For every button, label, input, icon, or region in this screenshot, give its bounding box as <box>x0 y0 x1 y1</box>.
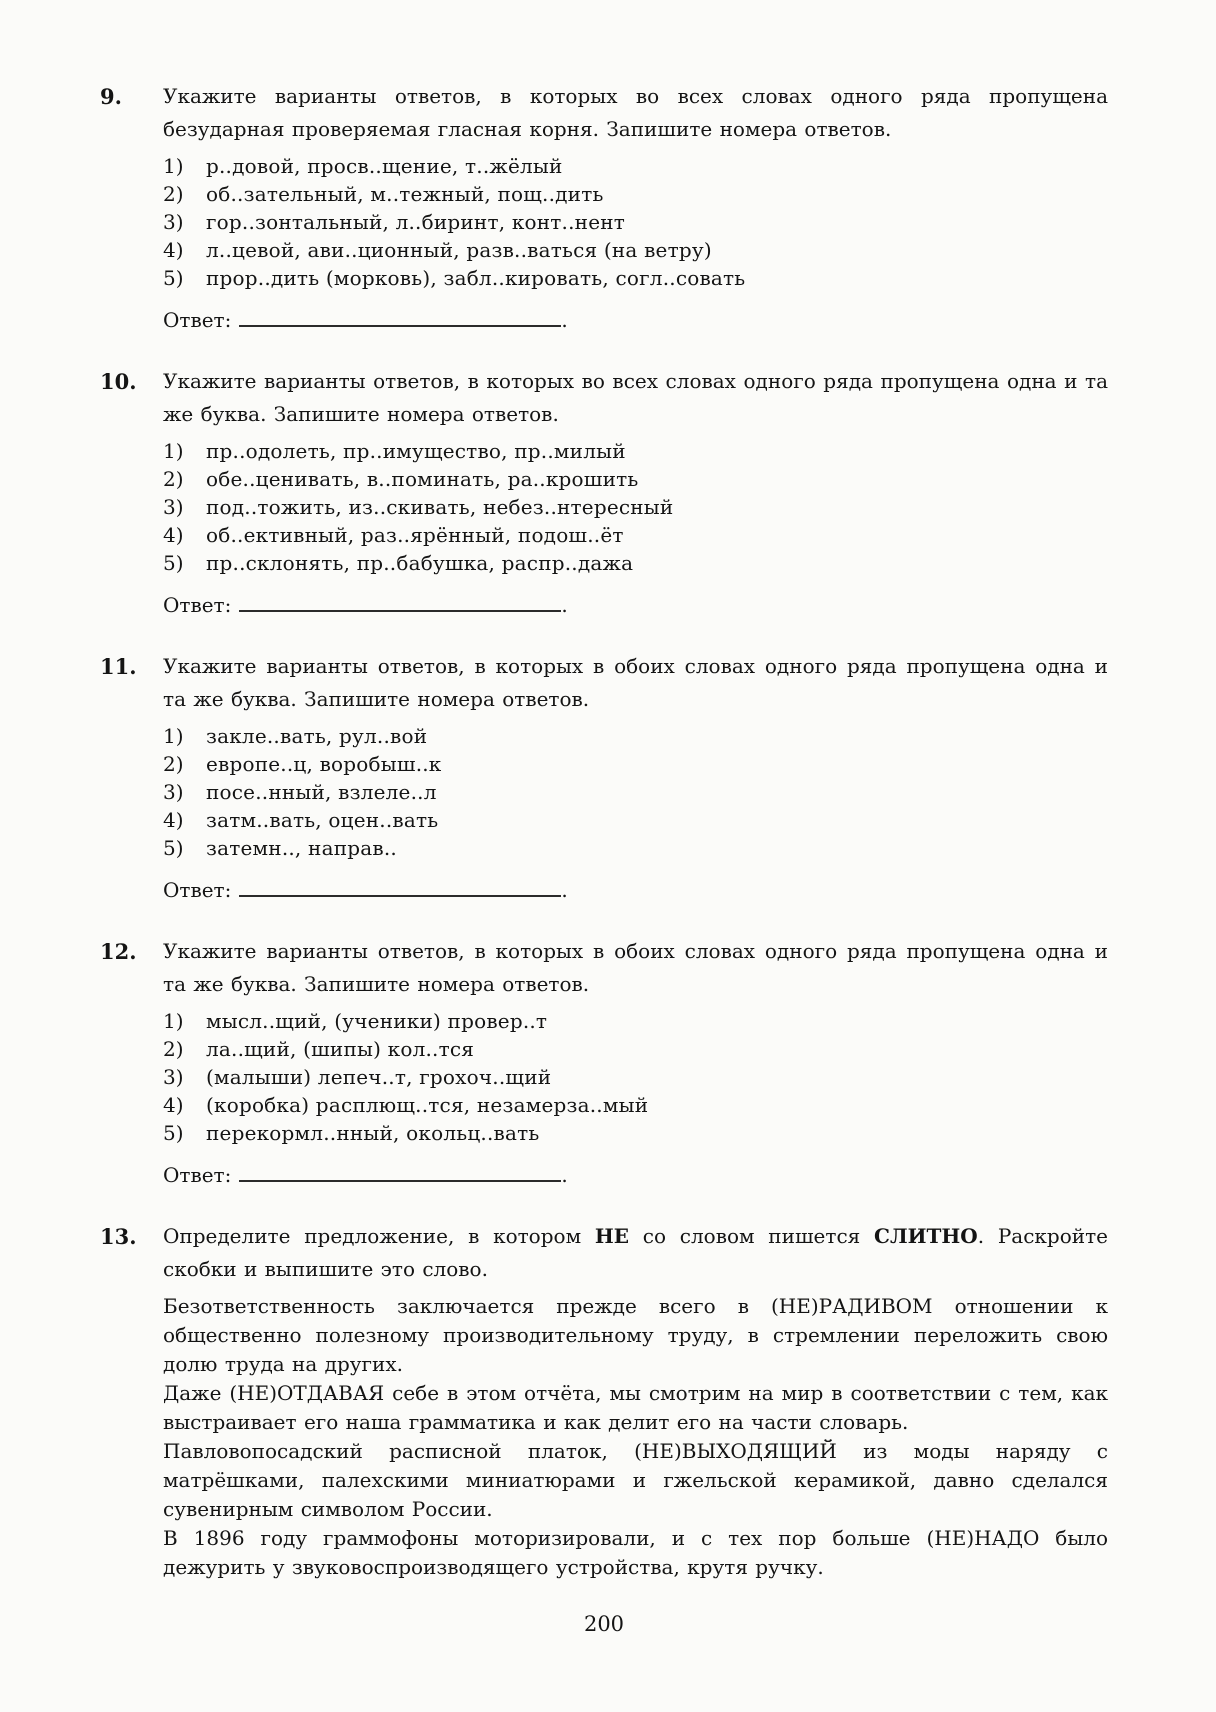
question-prompt: Укажите варианты ответов, в которых в об… <box>163 650 1108 716</box>
option-text: об..зательный, м..тежный, пощ..дить <box>206 180 1108 208</box>
option-text: обе..ценивать, в..поминать, ра..крошить <box>206 465 1108 493</box>
option-text: гор..зонтальный, л..биринт, конт..нент <box>206 208 1108 236</box>
sentence-options: Безответственность заключается прежде вс… <box>163 1292 1108 1582</box>
option-text: европе..ц, воробыш..к <box>206 750 1108 778</box>
option-item: 4) л..цевой, ави..ционный, разв..ваться … <box>163 236 1108 264</box>
option-item: 2) ла..щий, (шипы) кол..тся <box>163 1035 1108 1063</box>
option-number: 4) <box>163 806 206 834</box>
answer-line: Ответ:. <box>163 305 1108 335</box>
option-item: 1) пр..одолеть, пр..имущество, пр..милый <box>163 437 1108 465</box>
option-number: 3) <box>163 778 206 806</box>
option-number: 3) <box>163 493 206 521</box>
option-number: 4) <box>163 1091 206 1119</box>
question-number: 9. <box>100 80 163 335</box>
option-item: 2) об..зательный, м..тежный, пощ..дить <box>163 180 1108 208</box>
option-text: посе..нный, взлеле..л <box>206 778 1108 806</box>
answer-period: . <box>561 308 567 332</box>
sentence-option: Безответственность заключается прежде вс… <box>163 1292 1108 1379</box>
answer-blank <box>239 875 561 897</box>
options-list: 1) р..довой, просв..щение, т..жёлый 2) о… <box>163 152 1108 292</box>
option-text: закле..вать, рул..вой <box>206 722 1108 750</box>
option-text: пр..одолеть, пр..имущество, пр..милый <box>206 437 1108 465</box>
option-item: 5) перекормл..нный, окольц..вать <box>163 1119 1108 1147</box>
option-number: 5) <box>163 1119 206 1147</box>
question-number: 10. <box>100 365 163 620</box>
option-item: 4) (коробка) расплющ..тся, незамерза..мы… <box>163 1091 1108 1119</box>
sentence-option: В 1896 году граммофоны моторизировали, и… <box>163 1524 1108 1582</box>
question-prompt: Укажите варианты ответов, в которых во в… <box>163 80 1108 146</box>
options-list: 1) закле..вать, рул..вой 2) европе..ц, в… <box>163 722 1108 862</box>
question-13: 13. Определите предложение, в котором НЕ… <box>100 1220 1108 1582</box>
answer-label: Ответ: <box>163 593 231 617</box>
option-text: об..ективный, раз..ярённый, подош..ёт <box>206 521 1108 549</box>
question-prompt: Укажите варианты ответов, в которых во в… <box>163 365 1108 431</box>
sentence-option: Даже (НЕ)ОТДАВАЯ себе в этом отчёта, мы … <box>163 1379 1108 1437</box>
prompt-text: со словом пишется <box>629 1224 874 1248</box>
option-item: 4) об..ективный, раз..ярённый, подош..ёт <box>163 521 1108 549</box>
option-text: перекормл..нный, окольц..вать <box>206 1119 1108 1147</box>
sentence-text: В 1896 году граммофоны моторизировали, и… <box>163 1526 926 1550</box>
question-number: 11. <box>100 650 163 905</box>
option-item: 2) европе..ц, воробыш..к <box>163 750 1108 778</box>
option-number: 2) <box>163 1035 206 1063</box>
option-item: 1) мысл..щий, (ученики) провер..т <box>163 1007 1108 1035</box>
option-number: 1) <box>163 437 206 465</box>
option-text: прор..дить (морковь), забл..кировать, со… <box>206 264 1108 292</box>
option-number: 2) <box>163 180 206 208</box>
option-item: 1) р..довой, просв..щение, т..жёлый <box>163 152 1108 180</box>
options-list: 1) пр..одолеть, пр..имущество, пр..милый… <box>163 437 1108 577</box>
sentence-text: Даже <box>163 1381 229 1405</box>
answer-period: . <box>561 1163 567 1187</box>
answer-blank <box>239 305 561 327</box>
option-item: 5) прор..дить (морковь), забл..кировать,… <box>163 264 1108 292</box>
option-number: 1) <box>163 1007 206 1035</box>
ne-keyword: НЕ <box>595 1224 629 1248</box>
sentence-option: Павловопосадский расписной платок, (НЕ)В… <box>163 1437 1108 1524</box>
option-number: 4) <box>163 236 206 264</box>
option-number: 5) <box>163 834 206 862</box>
option-item: 3) посе..нный, взлеле..л <box>163 778 1108 806</box>
option-text: затм..вать, оцен..вать <box>206 806 1108 834</box>
question-number: 13. <box>100 1220 163 1582</box>
answer-line: Ответ:. <box>163 1160 1108 1190</box>
question-10: 10. Укажите варианты ответов, в которых … <box>100 365 1108 620</box>
option-number: 1) <box>163 722 206 750</box>
option-number: 5) <box>163 264 206 292</box>
option-number: 1) <box>163 152 206 180</box>
option-number: 3) <box>163 1063 206 1091</box>
answer-period: . <box>561 878 567 902</box>
answer-blank <box>239 1160 561 1182</box>
answer-label: Ответ: <box>163 878 231 902</box>
option-item: 4) затм..вать, оцен..вать <box>163 806 1108 834</box>
option-text: пр..склонять, пр..бабушка, распр..дажа <box>206 549 1108 577</box>
question-prompt: Укажите варианты ответов, в которых в об… <box>163 935 1108 1001</box>
answer-line: Ответ:. <box>163 590 1108 620</box>
option-number: 2) <box>163 465 206 493</box>
question-9: 9. Укажите варианты ответов, в которых в… <box>100 80 1108 335</box>
question-12: 12. Укажите варианты ответов, в которых … <box>100 935 1108 1190</box>
answer-line: Ответ:. <box>163 875 1108 905</box>
sentence-text: Безответственность заключается прежде вс… <box>163 1294 771 1318</box>
question-prompt: Определите предложение, в котором НЕ со … <box>163 1220 1108 1286</box>
option-item: 2) обе..ценивать, в..поминать, ра..кроши… <box>163 465 1108 493</box>
answer-label: Ответ: <box>163 1163 231 1187</box>
option-item: 3) гор..зонтальный, л..биринт, конт..нен… <box>163 208 1108 236</box>
bracketed-word: (НЕ)ОТДАВАЯ <box>229 1381 384 1405</box>
option-text: (коробка) расплющ..тся, незамерза..мый <box>206 1091 1108 1119</box>
option-item: 3) под..тожить, из..скивать, небез..нтер… <box>163 493 1108 521</box>
question-11: 11. Укажите варианты ответов, в которых … <box>100 650 1108 905</box>
answer-period: . <box>561 593 567 617</box>
option-text: мысл..щий, (ученики) провер..т <box>206 1007 1108 1035</box>
option-text: под..тожить, из..скивать, небез..нтересн… <box>206 493 1108 521</box>
option-text: затемн.., направ.. <box>206 834 1108 862</box>
option-number: 2) <box>163 750 206 778</box>
answer-label: Ответ: <box>163 308 231 332</box>
option-item: 5) затемн.., направ.. <box>163 834 1108 862</box>
option-text: р..довой, просв..щение, т..жёлый <box>206 152 1108 180</box>
option-item: 3) (малыши) лепеч..т, грохоч..щий <box>163 1063 1108 1091</box>
option-number: 3) <box>163 208 206 236</box>
bracketed-word: (НЕ)НАДО <box>926 1526 1039 1550</box>
option-text: ла..щий, (шипы) кол..тся <box>206 1035 1108 1063</box>
option-item: 5) пр..склонять, пр..бабушка, распр..даж… <box>163 549 1108 577</box>
page-number: 200 <box>100 1612 1108 1636</box>
sentence-text: Павловопосадский расписной платок, <box>163 1439 634 1463</box>
exam-page: 9. Укажите варианты ответов, в которых в… <box>0 0 1216 1712</box>
bracketed-word: (НЕ)ВЫХОДЯЩИЙ <box>634 1439 837 1463</box>
option-item: 1) закле..вать, рул..вой <box>163 722 1108 750</box>
options-list: 1) мысл..щий, (ученики) провер..т 2) ла.… <box>163 1007 1108 1147</box>
bracketed-word: (НЕ)РАДИВОМ <box>771 1294 933 1318</box>
option-number: 4) <box>163 521 206 549</box>
answer-blank <box>239 590 561 612</box>
option-text: л..цевой, ави..ционный, разв..ваться (на… <box>206 236 1108 264</box>
question-number: 12. <box>100 935 163 1190</box>
option-number: 5) <box>163 549 206 577</box>
slitno-keyword: СЛИТНО <box>874 1224 978 1248</box>
prompt-text: Определите предложение, в котором <box>163 1224 595 1248</box>
option-text: (малыши) лепеч..т, грохоч..щий <box>206 1063 1108 1091</box>
